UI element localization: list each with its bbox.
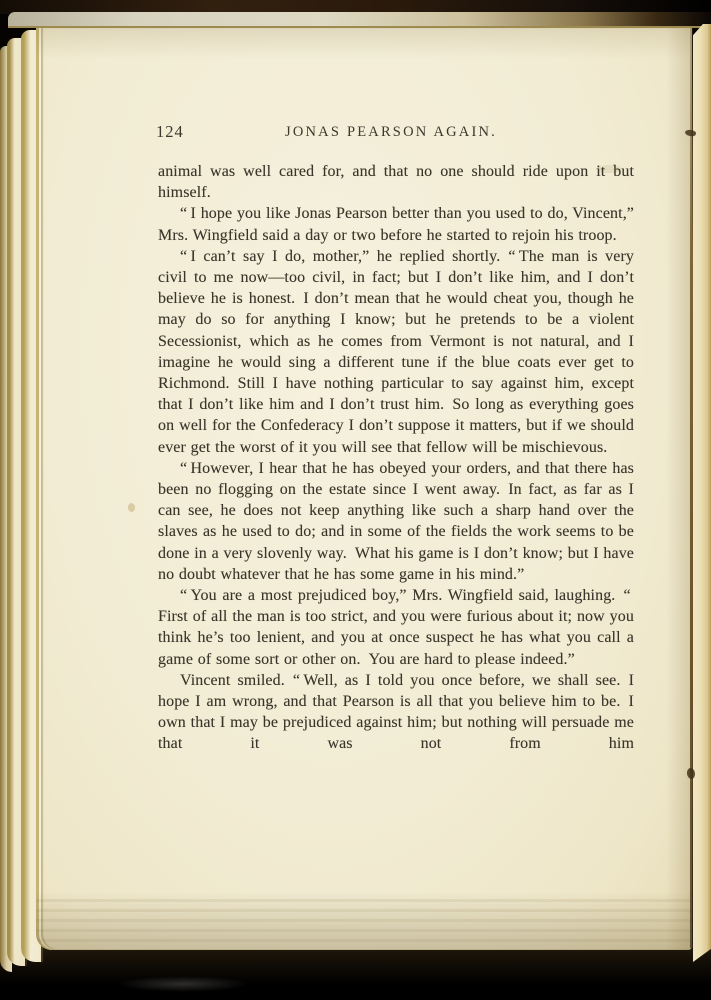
paragraph: animal was well cared for, and that no o… — [158, 161, 634, 203]
page-header: 124 JONAS PEARSON AGAIN. — [158, 122, 634, 144]
book-scan: 124 JONAS PEARSON AGAIN. animal was well… — [0, 0, 711, 1000]
gutter-shadow — [666, 25, 692, 950]
running-header: JONAS PEARSON AGAIN. — [158, 124, 624, 141]
paragraph: “ I hope you like Jonas Pearson better t… — [158, 203, 634, 245]
page-crease — [690, 28, 693, 948]
scanner-bed-shadow — [0, 944, 711, 1000]
paper-stain — [128, 503, 135, 512]
next-page-edge — [693, 24, 711, 962]
page-content: 124 JONAS PEARSON AGAIN. animal was well… — [158, 122, 634, 755]
page-top-edges — [8, 12, 711, 28]
scanner-artifact — [118, 976, 248, 992]
paragraph: “ You are a most prejudiced boy,” Mrs. W… — [158, 585, 634, 670]
paragraph: Vincent smiled. “ Well, as I told you on… — [158, 670, 634, 755]
book-page: 124 JONAS PEARSON AGAIN. animal was well… — [36, 25, 692, 950]
paragraph: “ I can’t say I do, mother,” he replied … — [158, 246, 634, 458]
paragraph: “ However, I hear that he has obeyed you… — [158, 458, 634, 585]
